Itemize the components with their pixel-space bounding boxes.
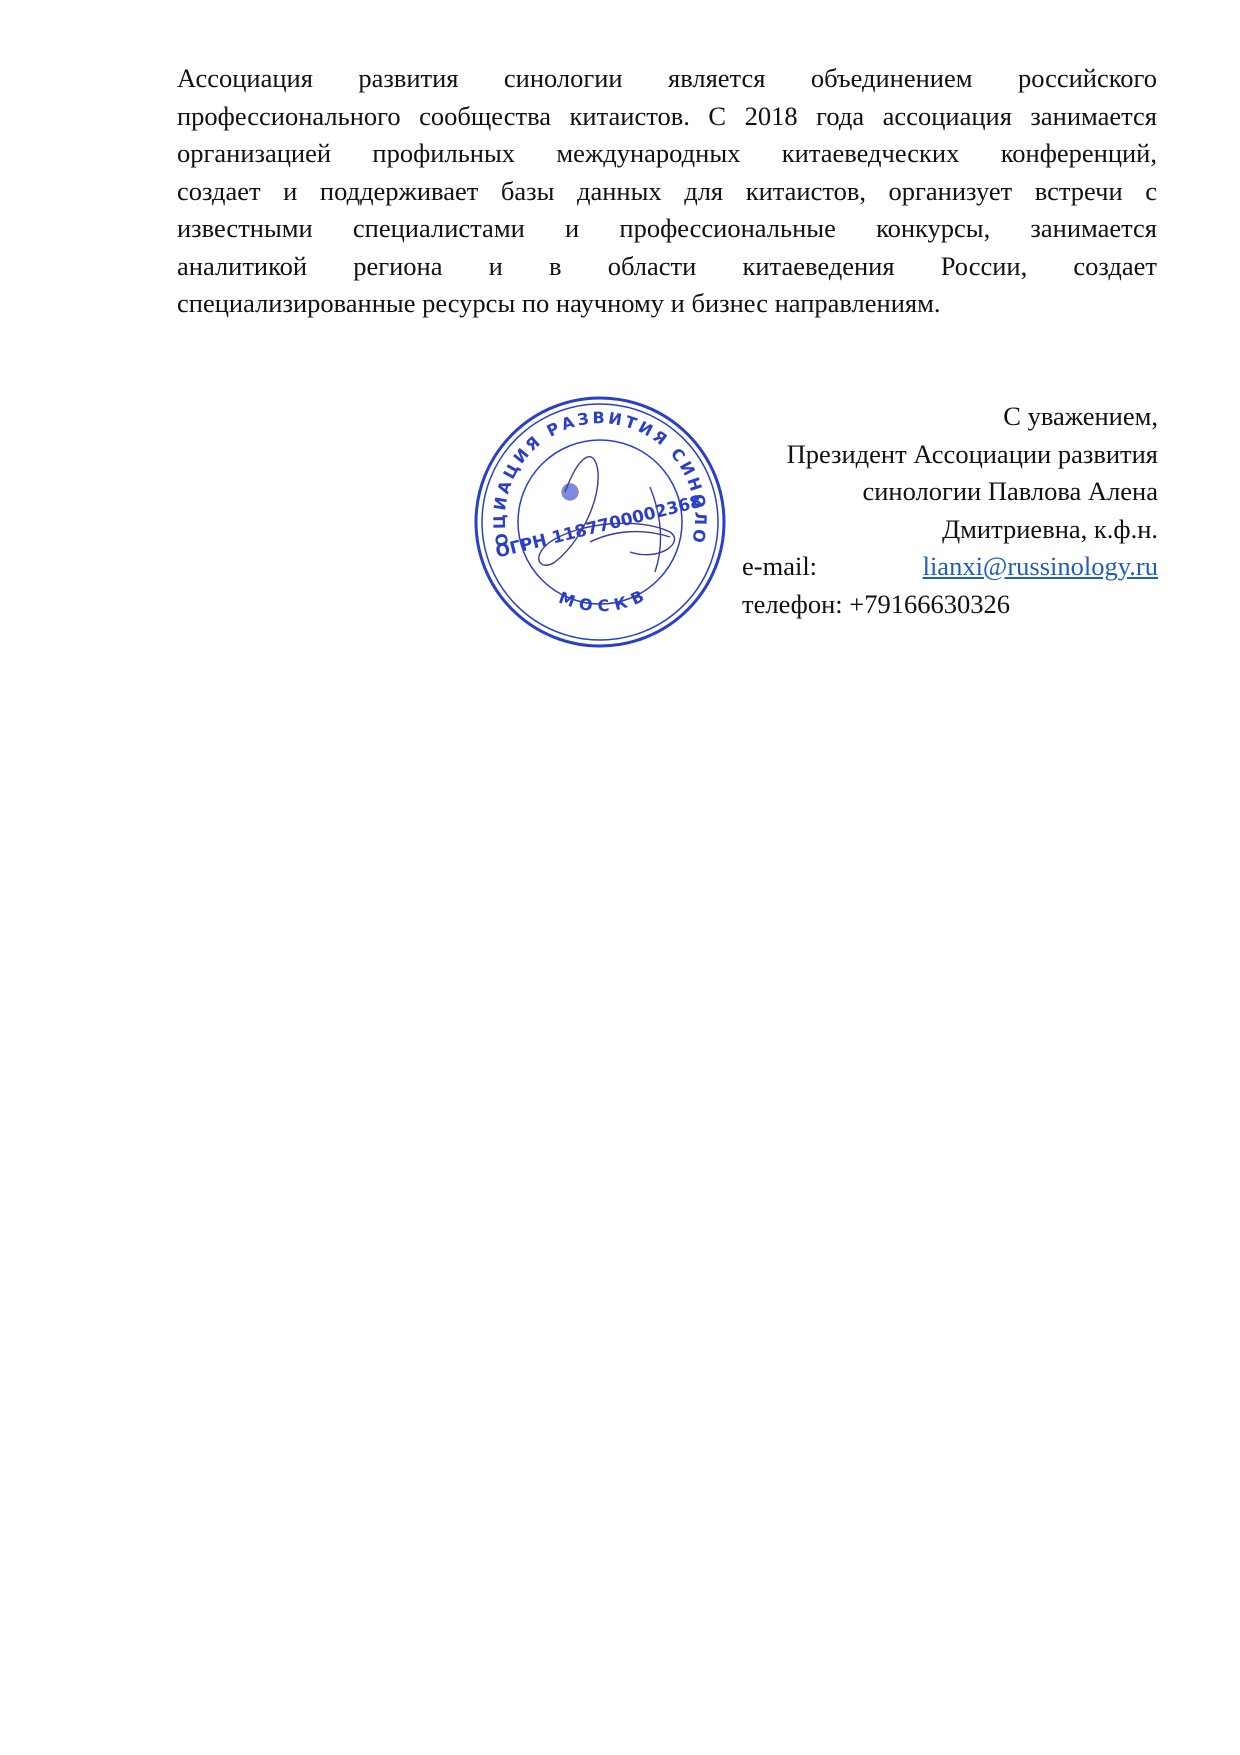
paragraph-line: создает и поддерживает базы данных для к…	[177, 173, 1157, 211]
paragraph-line: профессионального сообщества китаистов. …	[177, 98, 1157, 136]
phone-value: +79166630326	[849, 589, 1010, 619]
closing: С уважением,	[742, 398, 1158, 436]
paragraph-line: известными специалистами и профессиональ…	[177, 210, 1157, 248]
organization-stamp-icon: АССОЦИАЦИЯ РАЗВИТИЯ СИНОЛОГИИ Г МОСКВА О…	[470, 392, 730, 652]
phone-label: телефон:	[742, 589, 843, 619]
paragraph-line: организацией профильных международных ки…	[177, 135, 1157, 173]
signature-block: С уважением, Президент Ассоциации развит…	[742, 398, 1158, 623]
stamp-center-text: ОГРН 1187700002368	[494, 492, 704, 563]
email-row: e-mail: lianxi@russinology.ru	[742, 548, 1158, 586]
paragraph-line: аналитикой региона и в области китаеведе…	[177, 248, 1157, 286]
signer-title: Президент Ассоциации развития	[742, 436, 1158, 474]
paragraph-line: Ассоциация развития синологии является о…	[177, 60, 1157, 98]
email-label: e-mail:	[742, 548, 817, 586]
paragraph-line: специализированные ресурсы по научному и…	[177, 285, 1157, 323]
phone-row: телефон: +79166630326	[742, 589, 1010, 619]
signer-name: Дмитриевна, к.ф.н.	[742, 511, 1158, 549]
email-link[interactable]: lianxi@russinology.ru	[923, 548, 1158, 586]
signer-title: синологии Павлова Алена	[742, 473, 1158, 511]
body-paragraph: Ассоциация развития синологии является о…	[177, 60, 1157, 323]
